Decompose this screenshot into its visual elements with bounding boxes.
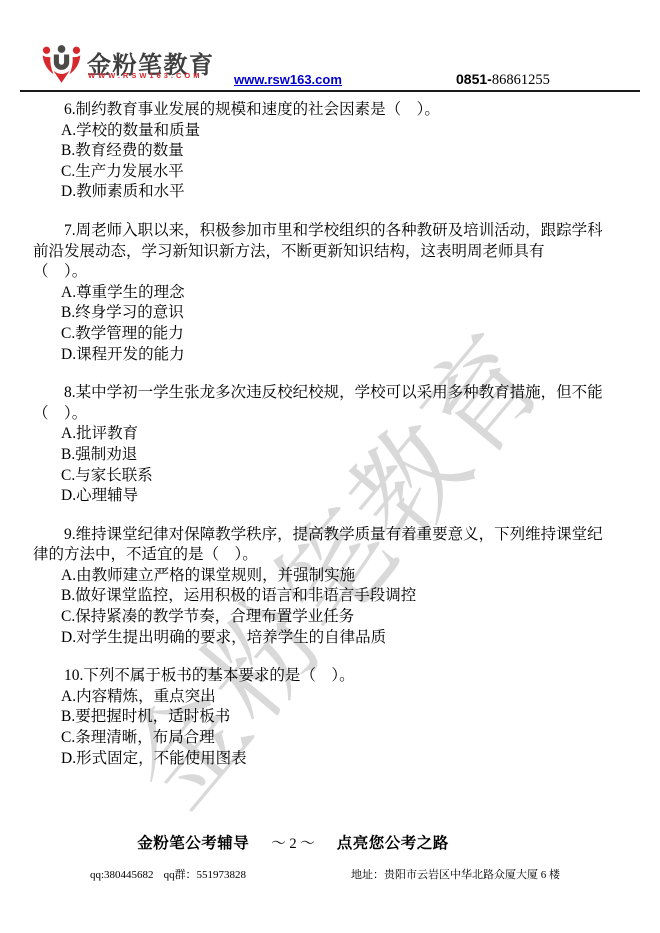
qq-contact: qq:380445682 <box>90 869 154 881</box>
question-option: B.做好课堂监控，运用积极的语言和非语言手段调控 <box>33 586 630 607</box>
question-stem-line: 前沿发展动态，学习新知识新方法，不断更新知识结构，这表明周老师具有 <box>33 242 630 263</box>
question-option: D.心理辅导 <box>33 486 630 507</box>
logo-badge-icon <box>41 43 82 84</box>
question-option: A.批评教育 <box>33 424 630 445</box>
question-block: 6.制约教育事业发展的规模和速度的社会因素是（ ）。A.学校的数量和质量B.教育… <box>33 100 630 203</box>
question-option: A.内容精炼，重点突出 <box>33 687 630 708</box>
footer-contact: qq:380445682 qq群：551973828 地址：贵阳市云岩区中华北路… <box>33 866 632 882</box>
question-option: C.教学管理的能力 <box>33 324 630 345</box>
footer-slogan: 金粉笔公考辅导～ 2 ～点亮您公考之路 <box>33 831 553 853</box>
qq-group: qq群：551973828 <box>164 866 247 882</box>
phone-number: 0851-86861255 <box>456 71 550 89</box>
question-stem-line: 9.维持课堂纪律对保障教学秩序，提高教学质量有着重要意义，下列维持课堂纪 <box>33 525 630 546</box>
question-block: 8.某中学初一学生张龙多次违反校纪校规，学校可以采用多种教育措施，但不能（ ）。… <box>33 383 630 507</box>
question-option: B.教育经费的数量 <box>33 141 630 162</box>
question-stem-line: （ ）。 <box>33 262 630 283</box>
question-option: C.保持紧凑的教学节奏，合理布置学业任务 <box>33 607 630 628</box>
question-option: C.与家长联系 <box>33 466 630 487</box>
question-option: B.要把握时机，适时板书 <box>33 707 630 728</box>
question-stem-line: 律的方法中，不适宜的是（ ）。 <box>33 545 630 566</box>
question-block: 7.周老师入职以来，积极参加市里和学校组织的各种教研及培训活动，跟踪学科前沿发展… <box>33 221 630 365</box>
question-option: C.生产力发展水平 <box>33 162 630 183</box>
question-option: D.课程开发的能力 <box>33 345 630 366</box>
footer-slogan-phrase: 点亮您公考之路 <box>337 835 449 852</box>
question-block: 9.维持课堂纪律对保障教学秩序，提高教学质量有着重要意义，下列维持课堂纪律的方法… <box>33 525 630 649</box>
website-link[interactable]: www.rsw163.com <box>234 72 342 87</box>
address: 地址：贵阳市云岩区中华北路众厦大厦 6 楼 <box>351 866 560 882</box>
question-stem-line: 10.下列不属于板书的基本要求的是（ ）。 <box>33 666 630 687</box>
question-option: D.形式固定，不能使用图表 <box>33 749 630 770</box>
question-option: B.强制劝退 <box>33 445 630 466</box>
page-number: ～ 2 ～ <box>271 836 315 852</box>
question-option: B.终身学习的意识 <box>33 303 630 324</box>
footer-brand-phrase: 金粉笔公考辅导 <box>137 835 249 852</box>
question-option: A.学校的数量和质量 <box>33 121 630 142</box>
question-option: D.对学生提出明确的要求，培养学生的自律品质 <box>33 628 630 649</box>
document-page: 金粉笔教育 金粉笔教育 WWW.RSW163.COM www.rsw163.co… <box>0 0 660 933</box>
brand-subtitle: WWW.RSW163.COM <box>88 71 203 80</box>
header-divider <box>20 90 640 92</box>
question-stem-line: （ ）。 <box>33 404 630 425</box>
question-stem-line: 6.制约教育事业发展的规模和速度的社会因素是（ ）。 <box>33 100 630 121</box>
questions-list: 6.制约教育事业发展的规模和速度的社会因素是（ ）。A.学校的数量和质量B.教育… <box>33 100 630 769</box>
question-stem-line: 8.某中学初一学生张龙多次违反校纪校规，学校可以采用多种教育措施，但不能 <box>33 383 630 404</box>
question-option: D.教师素质和水平 <box>33 182 630 203</box>
question-option: A.由教师建立严格的课堂规则，并强制实施 <box>33 566 630 587</box>
question-option: C.条理清晰，布局合理 <box>33 728 630 749</box>
question-option: A.尊重学生的理念 <box>33 283 630 304</box>
question-stem-line: 7.周老师入职以来，积极参加市里和学校组织的各种教研及培训活动，跟踪学科 <box>33 221 630 242</box>
question-block: 10.下列不属于板书的基本要求的是（ ）。A.内容精炼，重点突出B.要把握时机，… <box>33 666 630 769</box>
